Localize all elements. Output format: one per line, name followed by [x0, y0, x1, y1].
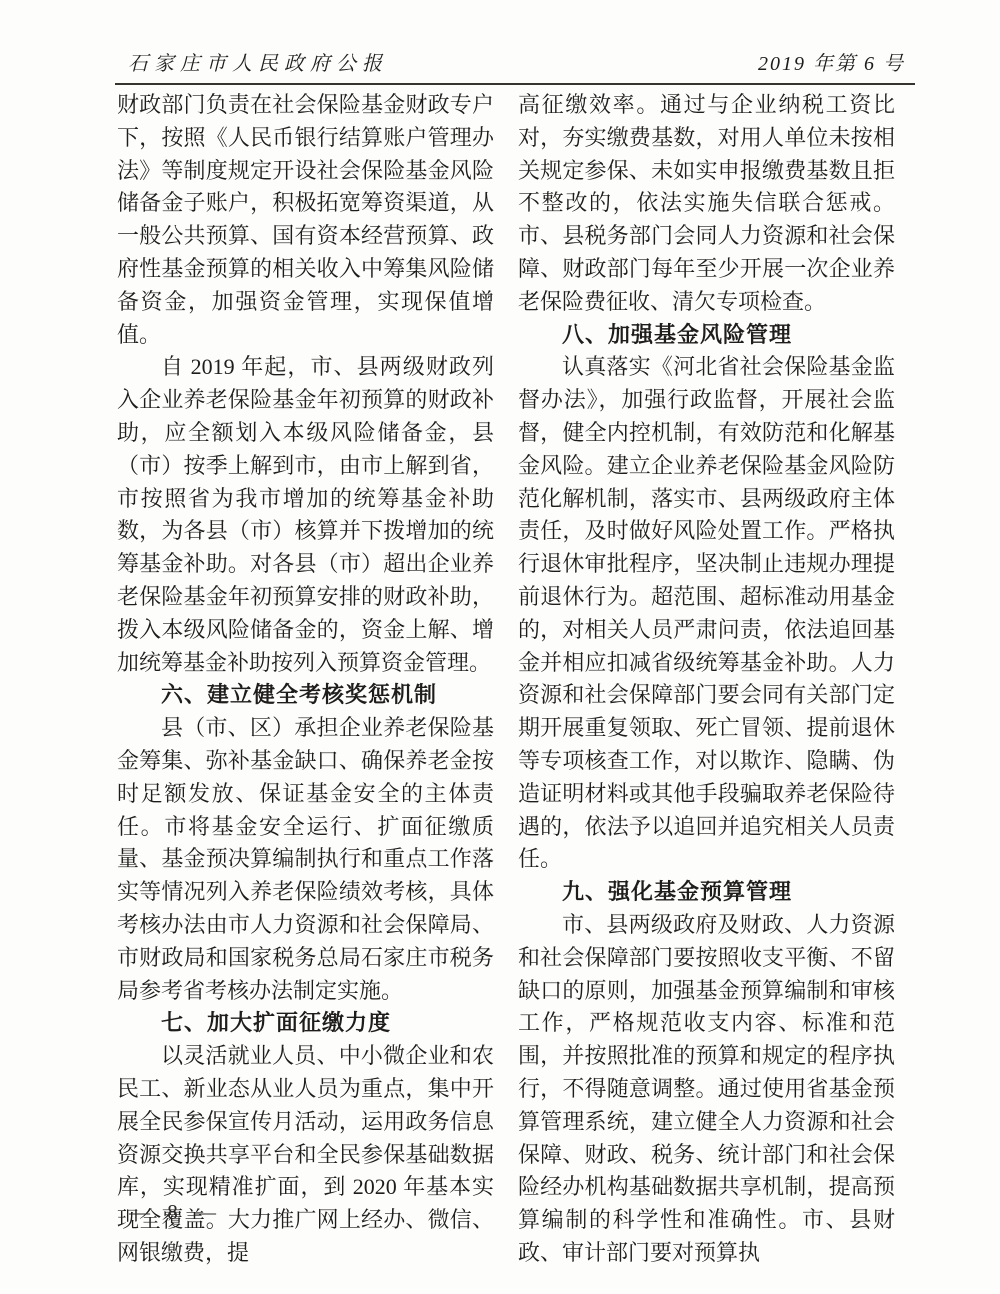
paragraph: 认真落实《河北省社会保险基金监督办法》，加强行政监督，开展社会监督，健全内控机制… — [518, 351, 895, 876]
gazette-title: 石家庄市人民政府公报 — [128, 47, 388, 76]
column-left: 财政部门负责在社会保险基金财政专户下，按照《人民币银行结算账户管理办法》等制度规… — [117, 89, 494, 1270]
section-heading: 六、建立健全考核奖惩机制 — [117, 679, 494, 712]
paragraph: 财政部门负责在社会保险基金财政专户下，按照《人民币银行结算账户管理办法》等制度规… — [117, 89, 494, 351]
running-header: 石家庄市人民政府公报 2019 年第 6 号 — [115, 46, 915, 85]
column-right: 高征缴效率。通过与企业纳税工资比对，夯实缴费基数，对用人单位未按相关规定参保、未… — [518, 89, 895, 1270]
page-content: 财政部门负责在社会保险基金财政专户下，按照《人民币银行结算账户管理办法》等制度规… — [117, 89, 895, 1270]
issue-number: 2019 年第 6 号 — [758, 47, 905, 76]
document-page: 石家庄市人民政府公报 2019 年第 6 号 财政部门负责在社会保险基金财政专户… — [0, 0, 1000, 1294]
section-heading: 九、强化基金预算管理 — [518, 876, 895, 909]
section-heading: 八、加强基金风险管理 — [518, 319, 895, 352]
paragraph: 高征缴效率。通过与企业纳税工资比对，夯实缴费基数，对用人单位未按相关规定参保、未… — [518, 89, 895, 319]
paragraph: 市、县两级政府及财政、人力资源和社会保障部门要按照收支平衡、不留缺口的原则，加强… — [518, 909, 895, 1270]
paragraph: 以灵活就业人员、中小微企业和农民工、新业态从业人员为重点，集中开展全民参保宣传月… — [117, 1040, 494, 1270]
paragraph: 自 2019 年起，市、县两级财政列入企业养老保险基金年初预算的财政补助，应全额… — [117, 351, 494, 679]
paragraph: 县（市、区）承担企业养老保险基金筹集、弥补基金缺口、确保养老金按时足额发放、保证… — [117, 712, 494, 1007]
page-number: — 8 — — [129, 1200, 222, 1225]
section-heading: 七、加大扩面征缴力度 — [117, 1007, 494, 1040]
